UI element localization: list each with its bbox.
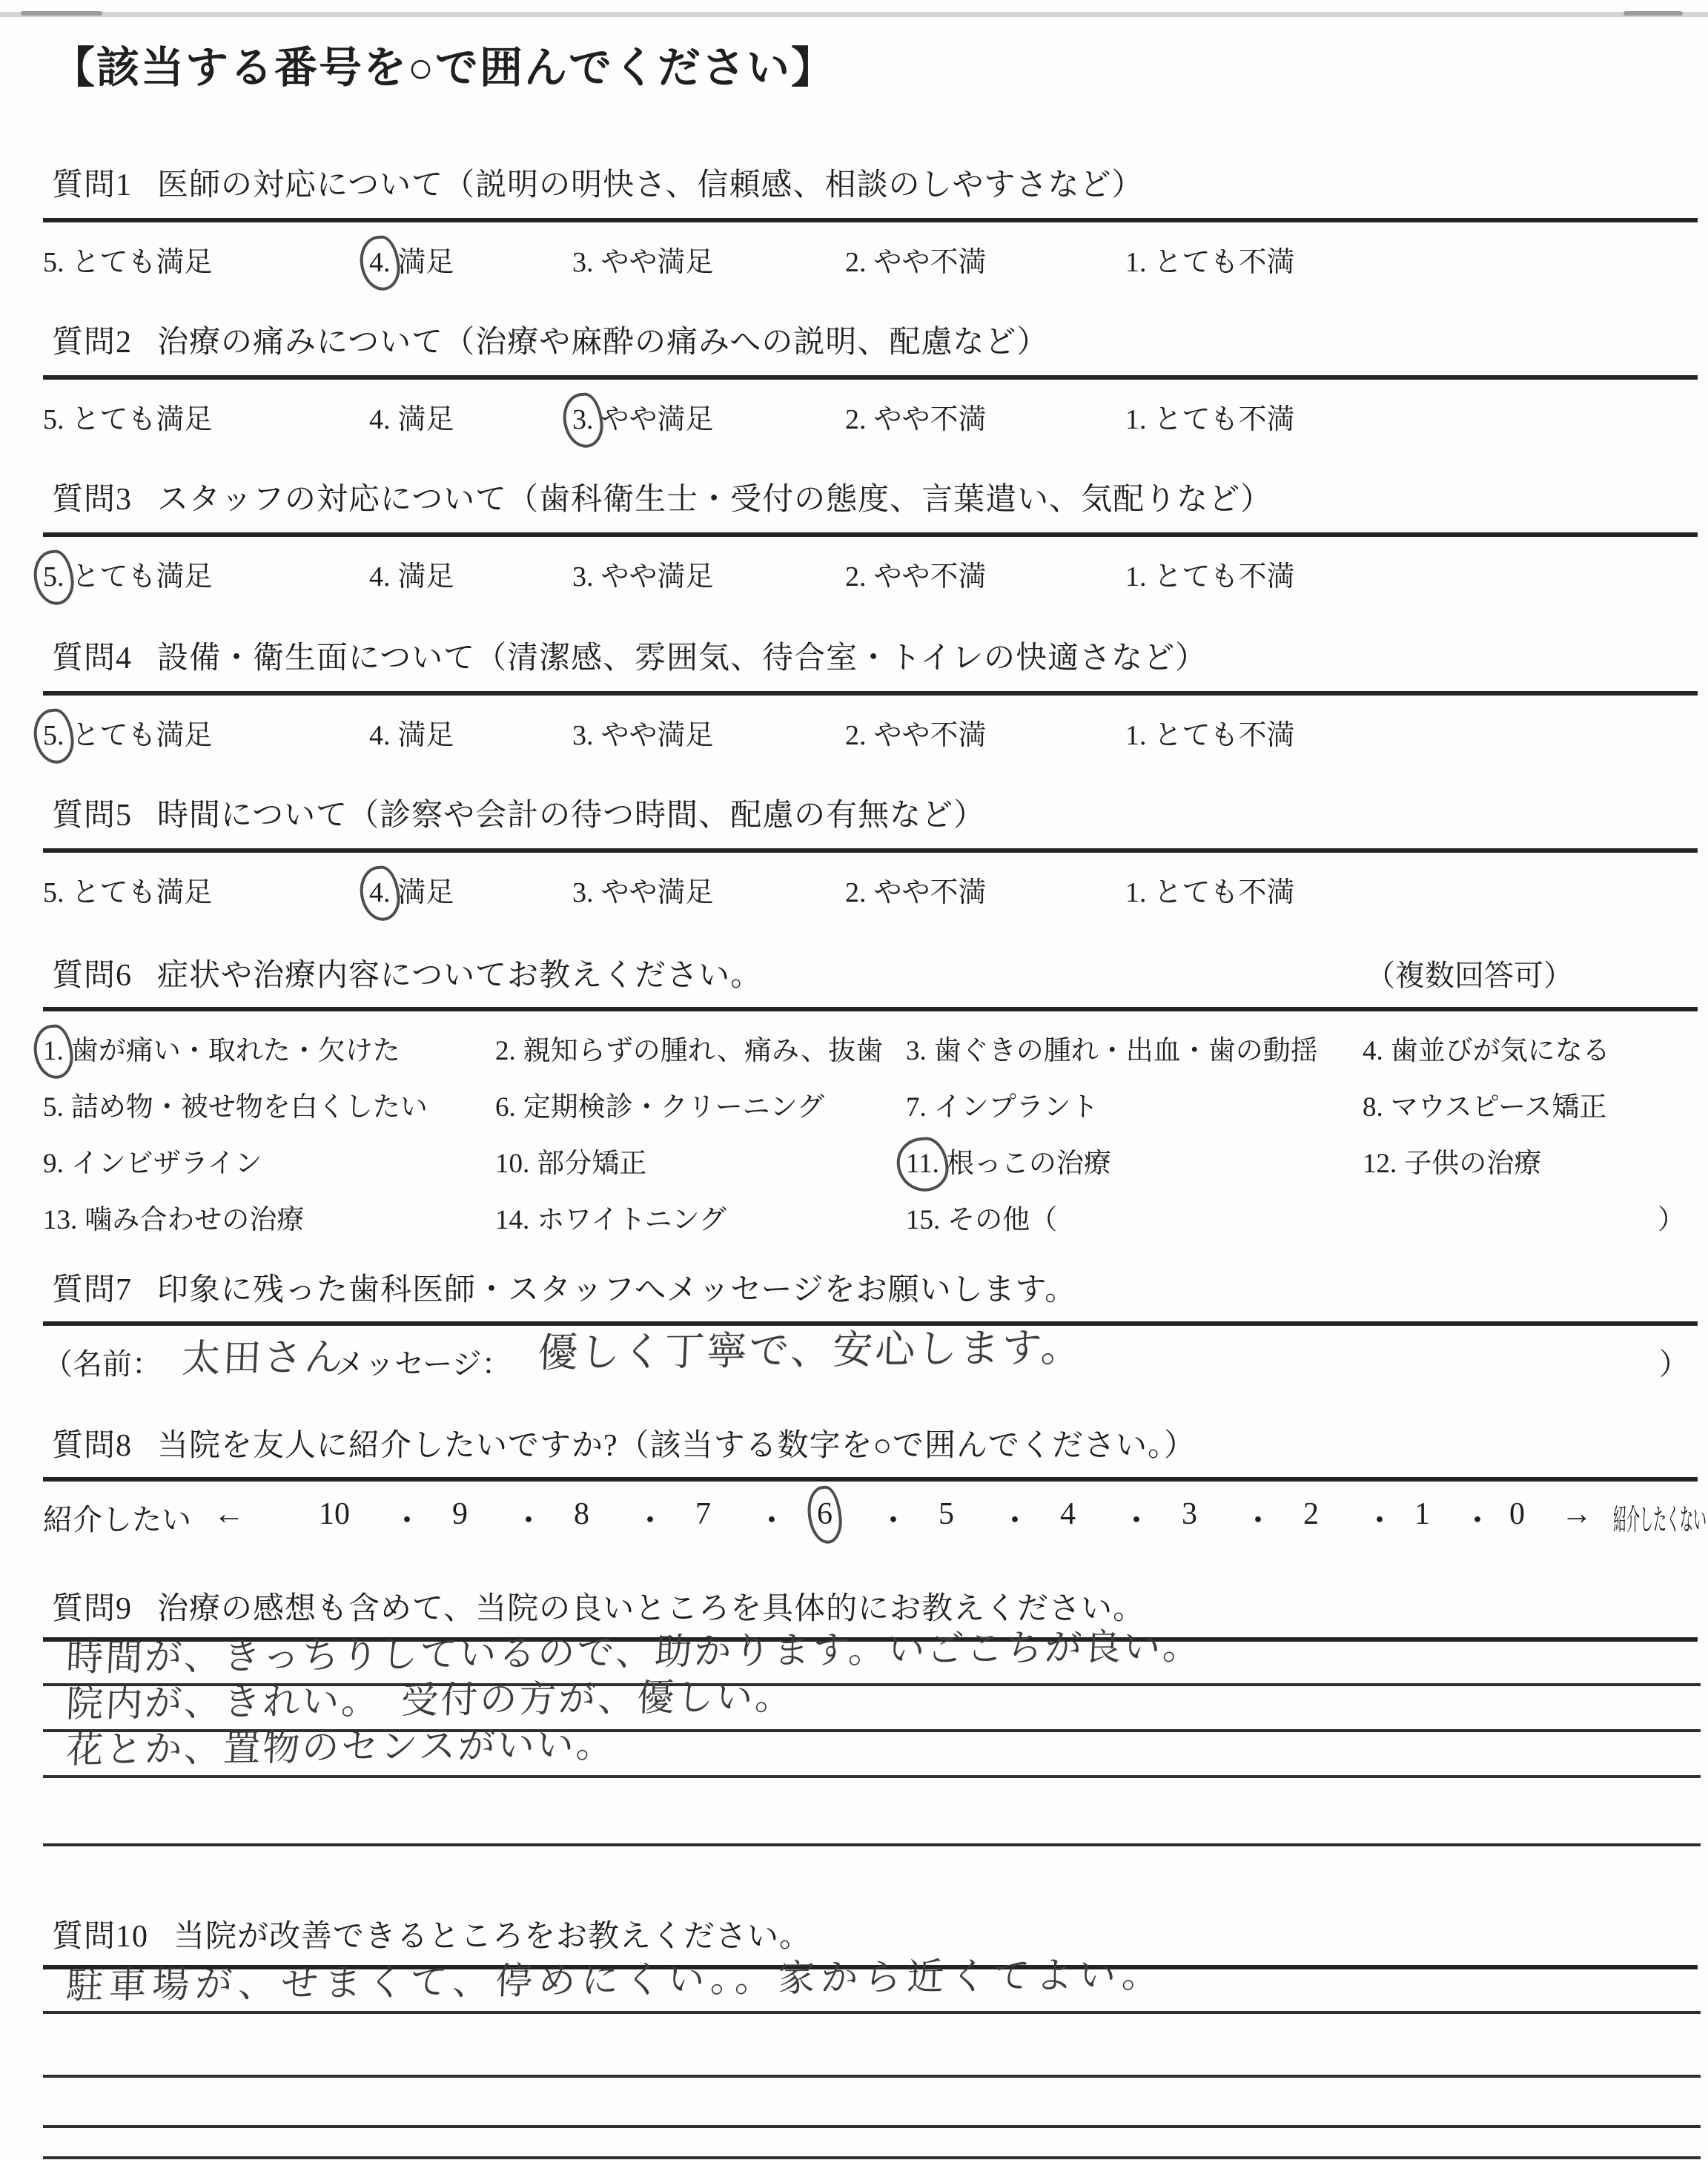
q5-option-3-num: 3.: [572, 876, 594, 909]
q1-option-1: 1.とても不満: [1125, 239, 1295, 280]
q6-option-5-num: 5.: [43, 1091, 64, 1123]
q6-option-13-label: 噛み合わせの治療: [85, 1205, 304, 1235]
q6-option-11-num-circled: 11.: [906, 1148, 939, 1180]
q1-option-3-label: やや満足: [601, 247, 714, 278]
q6-option-8: 8.マウスピース矯正: [1363, 1084, 1606, 1124]
q1-option-4-label: 満足: [398, 247, 454, 278]
q8-scale-row: 紹介したい ← 10 ・ 9 ・ 8 ・ 7 ・ 6 ・ 5 ・ 4 ・ 3 ・…: [0, 1496, 1708, 1556]
q4-label: 質問4: [52, 641, 132, 676]
q6-option-9-num: 9.: [43, 1148, 64, 1180]
q1-options-row: 5.とても満足 4.満足 3.やや満足 2.やや不満 1.とても不満: [0, 239, 1708, 291]
q6-option-14-num: 14.: [495, 1204, 529, 1236]
q5-option-5-label: とても満足: [72, 877, 213, 908]
q1-header-rule: [43, 218, 1698, 222]
q8-sep-8: ・: [1242, 1496, 1274, 1541]
q2-option-5: 5.とても満足: [43, 396, 213, 437]
q7-label: 質問7: [52, 1273, 132, 1307]
q6-option-13-num: 13.: [43, 1204, 77, 1236]
q1-option-1-num: 1.: [1125, 246, 1147, 279]
q2-option-4: 4.満足: [369, 396, 454, 437]
q2-option-5-label: とても満足: [72, 404, 213, 435]
q8-number-7: 7: [695, 1496, 711, 1532]
q5-header: 質問5時間について（診察や会計の待つ時間、配慮の有無など）: [52, 790, 985, 835]
q4-option-1-label: とても不満: [1154, 720, 1295, 751]
q4-option-4-label: 満足: [398, 720, 454, 751]
q6-option-3-num: 3.: [906, 1035, 927, 1067]
q4-header-rule: [43, 691, 1698, 696]
q3-option-4: 4.満足: [369, 553, 454, 594]
q3-option-4-label: 満足: [398, 561, 454, 592]
q3-option-3-label: やや満足: [601, 561, 714, 592]
q6-option-11-label: 根っこの治療: [947, 1149, 1111, 1179]
q8-number-6-circled: 6: [817, 1496, 833, 1532]
q8-sep-2: ・: [513, 1496, 544, 1541]
q3-header: 質問3スタッフの対応について（歯科衛生士・受付の態度、言葉遣い、気配りなど）: [52, 475, 1272, 519]
q6-multi-answer-note: （複数回答可）: [1366, 952, 1573, 994]
q3-option-1-num: 1.: [1125, 561, 1147, 593]
q5-header-rule: [43, 848, 1698, 853]
q4-option-2-label: やや不満: [874, 720, 987, 751]
q8-left-label: 紹介したい: [43, 1496, 191, 1539]
q6-option-12-num: 12.: [1363, 1148, 1397, 1180]
q3-option-3-num: 3.: [572, 561, 594, 593]
q5-option-4: 4.満足: [369, 869, 454, 910]
q6-option-15-label: その他（: [947, 1205, 1057, 1235]
q6-title: 症状や治療内容についてお教えください。: [157, 959, 762, 993]
q6-option-7: 7.インプラント: [906, 1084, 1099, 1124]
q10-handwritten-1: 駐車場が、せまくて、停めにくい。。家から近くてよい。: [65, 1944, 1166, 2009]
q6-option-5-label: 詰め物・被せ物を白くしたい: [71, 1092, 428, 1123]
q6-header-rule: [43, 1007, 1698, 1011]
q6-header: 質問6症状や治療内容についてお教えください。: [52, 951, 762, 995]
q6-row-1: 1.歯が痛い・取れた・欠けた 2.親知らずの腫れ、痛み、抜歯 3.歯ぐきの腫れ・…: [0, 1028, 1708, 1080]
q8-number-4: 4: [1060, 1496, 1076, 1532]
q4-option-2-num: 2.: [845, 719, 867, 752]
q2-option-1-label: とても不満: [1154, 404, 1295, 435]
q6-option-15: 15.その他（: [906, 1197, 1057, 1237]
q4-option-3-label: やや満足: [601, 720, 714, 751]
q6-option-14: 14.ホワイトニング: [495, 1197, 726, 1237]
q4-option-5-num-circled: 5.: [43, 719, 64, 752]
q2-header-rule: [43, 375, 1698, 380]
q8-sep-10: ・: [1462, 1496, 1493, 1541]
q6-option-10-label: 部分矯正: [537, 1149, 646, 1179]
q6-option-1: 1.歯が痛い・取れた・欠けた: [43, 1028, 400, 1068]
q8-sep-5: ・: [878, 1496, 909, 1541]
q4-option-5-label: とても満足: [72, 720, 213, 751]
q8-sep-7: ・: [1121, 1496, 1152, 1541]
q4-option-4: 4.満足: [369, 712, 454, 753]
q6-option-10-num: 10.: [495, 1148, 529, 1180]
q1-option-5-num: 5.: [43, 246, 64, 279]
q6-option-7-num: 7.: [906, 1091, 927, 1123]
q3-label: 質問3: [52, 483, 132, 517]
q4-option-3-num: 3.: [572, 719, 594, 752]
q3-option-5: 5.とても満足: [43, 553, 213, 594]
q6-option-2: 2.親知らずの腫れ、痛み、抜歯: [495, 1028, 883, 1068]
q6-option-2-label: 親知らずの腫れ、痛み、抜歯: [523, 1036, 883, 1066]
q6-option-1-label: 歯が痛い・取れた・欠けた: [71, 1036, 400, 1066]
q6-option-6-num: 6.: [495, 1091, 516, 1123]
q8-number-8: 8: [574, 1496, 589, 1532]
q2-option-5-num: 5.: [43, 403, 64, 436]
q3-option-2-label: やや不満: [874, 561, 987, 592]
q1-option-3-num: 3.: [572, 246, 594, 279]
q8-left-arrow: ←: [213, 1496, 245, 1532]
q5-option-5-num: 5.: [43, 876, 64, 909]
q1-option-4-num-circled: 4.: [369, 246, 391, 279]
q8-number-1: 1: [1414, 1496, 1430, 1532]
q9-answer-line-4-empty: [43, 1797, 1701, 1846]
q8-sep-9: ・: [1364, 1496, 1395, 1541]
q6-option-12-label: 子供の治療: [1404, 1149, 1541, 1179]
q4-option-2: 2.やや不満: [845, 712, 987, 753]
q9-handwritten-3: 花とか、置物のセンスがいい。: [65, 1714, 616, 1774]
q9-label: 質問9: [52, 1592, 132, 1626]
scan-artifact-dash-right: [1623, 11, 1683, 16]
q6-option-6: 6.定期検診・クリーニング: [495, 1084, 824, 1124]
q8-header-rule: [43, 1477, 1698, 1482]
q8-sep-4: ・: [756, 1496, 787, 1541]
q6-option-8-label: マウスピース矯正: [1391, 1092, 1607, 1123]
q5-options-row: 5.とても満足 4.満足 3.やや満足 2.やや不満 1.とても不満: [0, 869, 1708, 921]
q6-label: 質問6: [52, 959, 132, 993]
q6-option-3: 3.歯ぐきの腫れ・出血・歯の動揺: [906, 1028, 1318, 1068]
q6-option-8-num: 8.: [1363, 1091, 1383, 1123]
q6-other-close-paren: ）: [1658, 1197, 1685, 1237]
q8-number-2: 2: [1303, 1496, 1319, 1532]
q6-option-4-label: 歯並びが気になる: [1391, 1036, 1610, 1066]
q1-option-5: 5.とても満足: [43, 239, 213, 280]
q4-header: 質問4設備・衛生面について（清潔感、雰囲気、待合室・トイレの快適さなど）: [52, 633, 1207, 678]
q2-option-2-num: 2.: [845, 403, 867, 436]
q10-label: 質問10: [52, 1920, 148, 1954]
q3-option-2: 2.やや不満: [845, 553, 987, 594]
q2-option-2: 2.やや不満: [845, 396, 987, 437]
q3-option-5-label: とても満足: [72, 561, 213, 592]
q4-options-row: 5.とても満足 4.満足 3.やや満足 2.やや不満 1.とても不満: [0, 712, 1708, 764]
q6-option-11: 11.根っこの治療: [906, 1140, 1111, 1180]
q1-option-3: 3.やや満足: [572, 239, 714, 280]
q8-number-9: 9: [452, 1496, 468, 1532]
q7-close-paren: ）: [1659, 1341, 1689, 1383]
q3-header-rule: [43, 532, 1698, 537]
q5-option-1-label: とても不満: [1154, 877, 1295, 908]
q6-option-13: 13.噛み合わせの治療: [43, 1197, 304, 1237]
q7-header: 質問7印象に残った歯科医師・スタッフへメッセージをお願いします。: [52, 1265, 1076, 1309]
q1-option-2-label: やや不満: [874, 247, 987, 278]
q5-option-4-num-circled: 4.: [369, 876, 391, 909]
q2-option-3-num-circled: 3.: [572, 403, 594, 436]
q1-option-2-num: 2.: [845, 246, 867, 279]
q2-option-3: 3.やや満足: [572, 396, 714, 437]
q7-title: 印象に残った歯科医師・スタッフへメッセージをお願いします。: [157, 1273, 1076, 1307]
q8-right-label: 紹介したくない: [1613, 1496, 1707, 1539]
q6-row-3: 9.インビザライン 10.部分矯正 11.根っこの治療 12.子供の治療: [0, 1140, 1708, 1192]
q6-option-9-label: インビザライン: [71, 1149, 262, 1179]
q3-option-5-num-circled: 5.: [43, 561, 64, 593]
q5-option-4-label: 満足: [398, 877, 454, 908]
q5-option-3: 3.やや満足: [572, 869, 714, 910]
q6-option-3-label: 歯ぐきの腫れ・出血・歯の動揺: [934, 1036, 1318, 1066]
q3-option-4-num: 4.: [369, 561, 391, 593]
q1-option-2: 2.やや不満: [845, 239, 987, 280]
q6-option-10: 10.部分矯正: [495, 1140, 646, 1180]
q8-sep-6: ・: [999, 1496, 1030, 1541]
q4-option-1-num: 1.: [1125, 719, 1147, 752]
q8-sep-1: ・: [391, 1496, 423, 1541]
page-title: 【該当する番号を○で囲んでください】: [52, 33, 835, 95]
q8-header: 質問8当院を友人に紹介したいですか?（該当する数字を○で囲んでください。）: [52, 1421, 1196, 1465]
q2-title: 治療の痛みについて（治療や麻酔の痛みへの説明、配慮など）: [157, 326, 1048, 360]
q5-title: 時間について（診察や会計の待つ時間、配慮の有無など）: [157, 799, 985, 833]
q3-option-3: 3.やや満足: [572, 553, 714, 594]
q6-row-2: 5.詰め物・被せ物を白くしたい 6.定期検診・クリーニング 7.インプラント 8…: [0, 1084, 1708, 1136]
q2-header: 質問2治療の痛みについて（治療や麻酔の痛みへの説明、配慮など）: [52, 317, 1048, 362]
q10-answer-line-1: 駐車場が、せまくて、停めにくい。。家から近くてよい。: [43, 1965, 1701, 2014]
q7-name-prefix: （名前：: [43, 1341, 162, 1383]
q8-number-3: 3: [1182, 1496, 1197, 1532]
q8-title: 当院を友人に紹介したいですか?（該当する数字を○で囲んでください。）: [157, 1429, 1196, 1463]
q8-number-5: 5: [939, 1496, 954, 1532]
q7-message-prefix: メッセージ：: [335, 1341, 512, 1383]
q6-option-6-label: 定期検診・クリーニング: [523, 1092, 824, 1123]
q4-title: 設備・衛生面について（清潔感、雰囲気、待合室・トイレの快適さなど）: [157, 641, 1207, 676]
q1-option-4: 4.満足: [369, 239, 454, 280]
q5-option-2-label: やや不満: [874, 877, 987, 908]
q6-row-4: 13.噛み合わせの治療 14.ホワイトニング 15.その他（ ）: [0, 1197, 1708, 1249]
q5-option-2: 2.やや不満: [845, 869, 987, 910]
q1-label: 質問1: [52, 168, 132, 202]
q6-option-1-num-circled: 1.: [43, 1035, 64, 1067]
survey-form-page: 【該当する番号を○で囲んでください】 質問1医師の対応について（説明の明快さ、信…: [0, 0, 1708, 2160]
q2-option-3-label: やや満足: [601, 404, 714, 435]
q8-number-0: 0: [1509, 1496, 1525, 1532]
q2-option-4-label: 満足: [398, 404, 454, 435]
q6-option-12: 12.子供の治療: [1363, 1140, 1541, 1180]
q1-header: 質問1医師の対応について（説明の明快さ、信頼感、相談のしやすさなど）: [52, 160, 1144, 205]
q6-option-14-label: ホワイトニング: [537, 1205, 726, 1235]
q4-option-1: 1.とても不満: [1125, 712, 1295, 753]
q4-option-4-num: 4.: [369, 719, 391, 752]
q2-option-1: 1.とても不満: [1125, 396, 1295, 437]
q8-number-10: 10: [319, 1496, 350, 1532]
q2-options-row: 5.とても満足 4.満足 3.やや満足 2.やや不満 1.とても不満: [0, 396, 1708, 448]
q5-label: 質問5: [52, 799, 132, 833]
q1-option-1-label: とても不満: [1154, 247, 1295, 278]
q6-option-5: 5.詰め物・被せ物を白くしたい: [43, 1084, 428, 1124]
q10-answer-line-4-empty: [43, 2110, 1701, 2159]
q3-title: スタッフの対応について（歯科衛生士・受付の態度、言葉遣い、気配りなど）: [157, 483, 1272, 517]
q6-option-15-num: 15.: [906, 1204, 940, 1236]
q8-right-arrow: →: [1561, 1496, 1592, 1532]
q4-option-5: 5.とても満足: [43, 712, 213, 753]
q6-option-9: 9.インビザライン: [43, 1140, 262, 1180]
q3-options-row: 5.とても満足 4.満足 3.やや満足 2.やや不満 1.とても不満: [0, 553, 1708, 605]
q6-option-2-num: 2.: [495, 1035, 516, 1067]
q7-name-handwritten: 太田さん: [181, 1326, 346, 1383]
q2-option-4-num: 4.: [369, 403, 391, 436]
q2-option-2-label: やや不満: [874, 404, 987, 435]
q7-message-handwritten: 優しく丁寧で、安心します。: [537, 1315, 1085, 1378]
q5-option-5: 5.とても満足: [43, 869, 213, 910]
q3-option-1-label: とても不満: [1154, 561, 1295, 592]
q10-answer-line-2-empty: [43, 2029, 1701, 2078]
q3-option-2-num: 2.: [845, 561, 867, 593]
q2-option-1-num: 1.: [1125, 403, 1147, 436]
scan-artifact-dash-left: [21, 11, 102, 16]
scan-artifact-band: [0, 12, 1708, 17]
q6-option-4: 4.歯並びが気になる: [1363, 1028, 1610, 1068]
q8-label: 質問8: [52, 1429, 132, 1463]
q2-label: 質問2: [52, 326, 132, 360]
q3-option-1: 1.とても不満: [1125, 553, 1295, 594]
q1-title: 医師の対応について（説明の明快さ、信頼感、相談のしやすさなど）: [157, 168, 1143, 202]
q5-option-1-num: 1.: [1125, 876, 1147, 909]
q6-option-7-label: インプラント: [934, 1092, 1099, 1123]
q9-answer-line-3: 花とか、置物のセンスがいい。: [43, 1729, 1701, 1778]
q5-option-3-label: やや満足: [601, 877, 714, 908]
q8-sep-3: ・: [635, 1496, 666, 1541]
q4-option-3: 3.やや満足: [572, 712, 714, 753]
q6-option-4-num: 4.: [1363, 1035, 1383, 1067]
q5-option-2-num: 2.: [845, 876, 867, 909]
q5-option-1: 1.とても不満: [1125, 869, 1295, 910]
q1-option-5-label: とても満足: [72, 247, 213, 278]
